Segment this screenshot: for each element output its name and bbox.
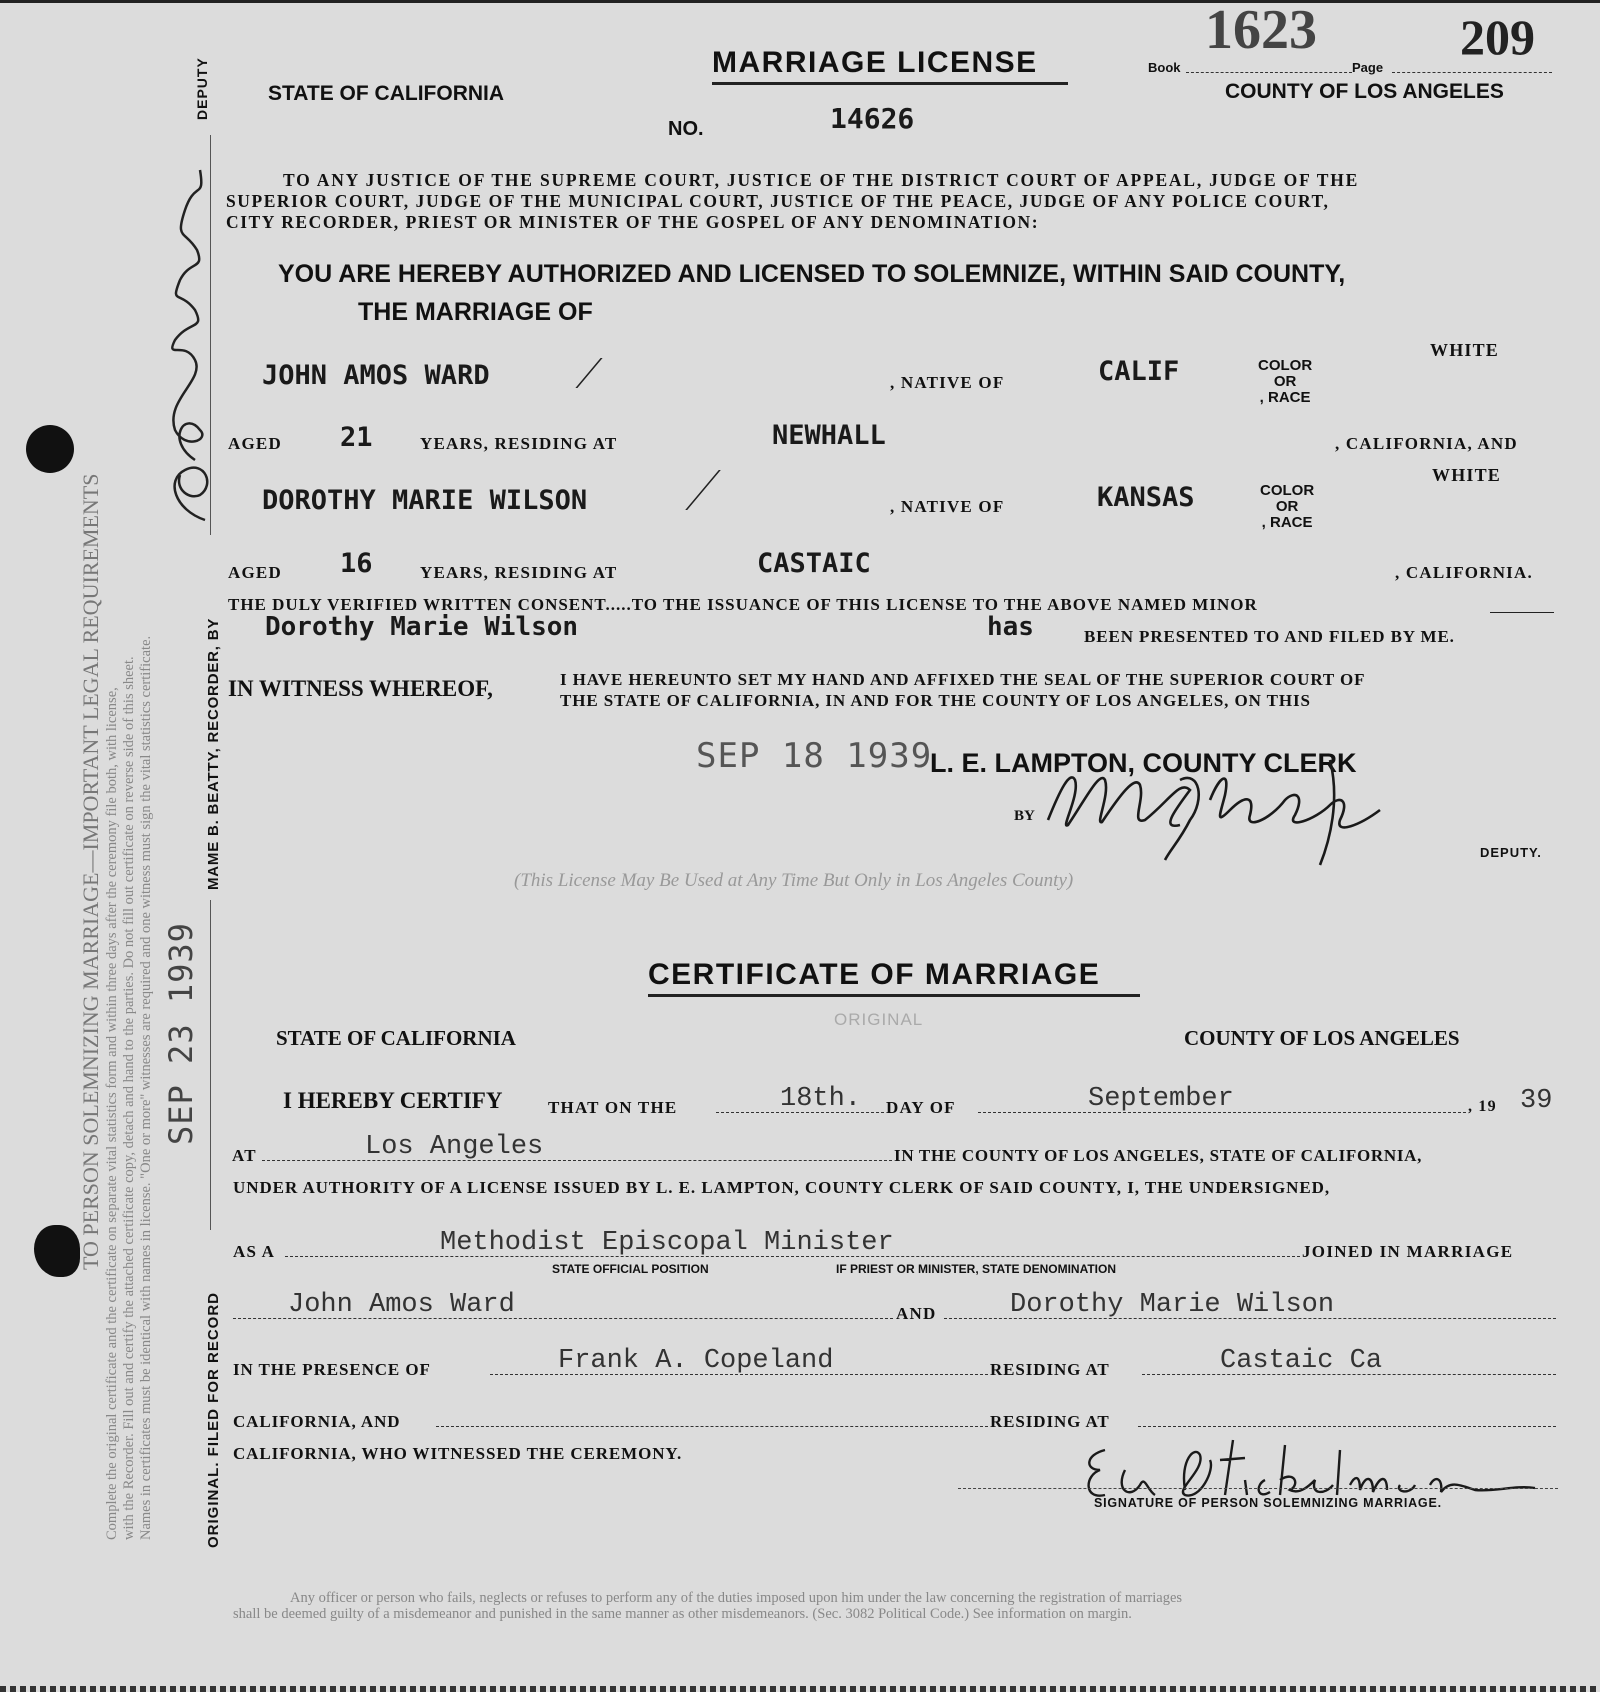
race-label: , RACE [1258,390,1312,406]
position-hint-denomination: IF PRIEST OR MINISTER, STATE DENOMINATIO… [836,1262,1116,1276]
residing-label: RESIDING AT [990,1360,1110,1380]
filed-for-record-label: ORIGINAL. FILED FOR RECORD [205,1292,222,1548]
marriage-year[interactable]: 39 [1520,1086,1552,1116]
deputy-label: DEPUTY. [1480,845,1542,860]
at-label: AT [232,1146,257,1166]
witness1-residence[interactable]: Castaic Ca [1220,1346,1382,1376]
original-label: ORIGINAL [834,1010,923,1030]
county-line: IN THE COUNTY OF LOS ANGELES, STATE OF C… [894,1146,1422,1166]
groom-aged-label: AGED [228,434,282,454]
bride-residence: CASTAIC [757,548,871,579]
license-no-label: NO. [668,118,704,141]
page-number: 209 [1460,8,1535,66]
filed-line [210,900,211,1230]
place-line [262,1160,892,1161]
witness2-residence-line [1138,1426,1556,1427]
page-line [1392,72,1552,73]
margin-instruction-line-3: Names in certificates must be identical … [138,636,155,1540]
certificate-county: COUNTY OF LOS ANGELES [1184,1026,1460,1051]
witness1-name[interactable]: Frank A. Copeland [558,1346,833,1376]
header-state: STATE OF CALIFORNIA [268,82,504,106]
consent-verb: has [987,612,1034,642]
consent-filed-line: BEEN PRESENTED TO AND FILED BY ME. [1084,627,1455,647]
certificate-bride[interactable]: Dorothy Marie Wilson [1010,1290,1334,1320]
position-hint-official: STATE OFFICIAL POSITION [552,1262,709,1276]
marriage-place[interactable]: Los Angeles [365,1132,543,1162]
recorder-label: MAME B. BEATTY, RECORDER, BY [205,618,222,890]
address-line-1: TO ANY JUSTICE OF THE SUPREME COURT, JUS… [283,170,1359,191]
witnessed-line: CALIFORNIA, WHO WITNESSED THE CEREMONY. [233,1444,682,1464]
bride-state-suffix: , CALIFORNIA. [1395,563,1533,583]
bride-native-label: , NATIVE OF [890,497,1004,517]
book-line [1186,72,1352,73]
bride-aged-label: AGED [228,563,282,583]
book-label: Book [1148,60,1181,75]
license-usage-note: (This License May Be Used at Any Time Bu… [514,870,1073,892]
margin-instruction-line-1: Complete the original certificate and th… [104,687,121,1540]
or-label: OR [1260,499,1314,515]
bride-age: 16 [340,548,373,579]
groom-name: JOHN AMOS WARD [262,360,490,391]
marriage-month[interactable]: September [1088,1084,1234,1114]
authorization-line-2: THE MARRIAGE OF [358,298,593,327]
as-a-label: AS A [233,1242,275,1262]
joined-label: JOINED IN MARRIAGE [1302,1242,1513,1262]
bride-native-of: KANSAS [1097,482,1195,513]
color-label: COLOR [1258,358,1312,374]
groom-state-suffix: , CALIFORNIA, AND [1335,434,1518,454]
deputy-signature [145,140,225,540]
certificate-title-underline [648,994,1140,997]
book-number: 1623 [1205,0,1317,62]
footer-penalty-line-1: Any officer or person who fails, neglect… [290,1590,1182,1607]
bride-color-label: COLOR OR , RACE [1260,483,1314,531]
authorization-line-1: YOU ARE HEREBY AUTHORIZED AND LICENSED T… [278,260,1345,289]
bottom-border [0,1686,1600,1692]
certificate-title: CERTIFICATE OF MARRIAGE [648,958,1100,992]
officiant-signature-line [958,1488,1558,1489]
margin-heading: TO PERSON SOLEMNIZING MARRIAGE—IMPORTANT… [78,474,104,1270]
header-county: COUNTY OF LOS ANGELES [1225,80,1504,104]
certificate-groom[interactable]: John Amos Ward [288,1290,515,1320]
certificate-state: STATE OF CALIFORNIA [276,1026,516,1051]
groom-age: 21 [340,422,373,453]
bride-residing-label: YEARS, RESIDING AT [420,563,617,583]
margin-deputy-label: DEPUTY [194,57,210,120]
groom-check-mark [539,358,602,388]
bride-race: WHITE [1432,465,1501,486]
residing-label-2: RESIDING AT [990,1412,1110,1432]
top-border [0,0,1600,3]
marriage-license-document: TO PERSON SOLEMNIZING MARRIAGE—IMPORTANT… [0,0,1600,1692]
or-label: OR [1258,374,1312,390]
margin-instruction-line-2: with the Recorder. Fill out and certify … [121,656,138,1540]
bride-check-mark [649,470,721,510]
groom-residence: NEWHALL [772,420,886,451]
authority-line: UNDER AUTHORITY OF A LICENSE ISSUED BY L… [233,1178,1330,1198]
color-label: COLOR [1260,483,1314,499]
filed-date-stamp: SEP 23 1939 [162,922,200,1145]
address-line-2: SUPERIOR COURT, JUDGE OF THE MUNICIPAL C… [226,191,1329,212]
that-on-label: THAT ON THE [548,1098,677,1118]
and-label: AND [896,1304,936,1324]
race-label: , RACE [1260,515,1314,531]
punch-hole-top [26,425,74,473]
witness2-line [436,1426,988,1427]
bride-name: DOROTHY MARIE WILSON [262,485,587,516]
year-prefix: , 19 [1468,1098,1497,1116]
witness-whereof-label: IN WITNESS WHEREOF, [228,676,493,702]
license-title: MARRIAGE LICENSE [712,46,1038,80]
address-line-3: CITY RECORDER, PRIEST OR MINISTER OF THE… [226,212,1039,233]
punch-hole-bottom [34,1225,80,1277]
license-title-underline [712,82,1068,85]
license-date-stamp: SEP 18 1939 [696,736,932,776]
consent-underline [1490,612,1554,613]
groom-residing-label: YEARS, RESIDING AT [420,434,617,454]
groom-native-label: , NATIVE OF [890,373,1004,393]
california-and-label: CALIFORNIA, AND [233,1412,400,1432]
groom-race: WHITE [1430,340,1499,361]
clerk-deputy-signature [1040,740,1440,870]
witness-line-2: THE STATE OF CALIFORNIA, IN AND FOR THE … [560,691,1311,711]
groom-color-label: COLOR OR , RACE [1258,358,1312,406]
by-label: BY [1014,808,1035,825]
officiant-signature-label: SIGNATURE OF PERSON SOLEMNIZING MARRIAGE… [1094,1496,1442,1510]
certify-label: I HEREBY CERTIFY [283,1088,502,1114]
license-number: 14626 [830,102,914,135]
day-of-label: DAY OF [886,1098,956,1118]
footer-penalty-line-2: shall be deemed guilty of a misdemeanor … [233,1606,1132,1623]
groom-native-of: CALIF [1098,356,1179,387]
marriage-day[interactable]: 18th. [780,1084,861,1114]
witness-line-1: I HAVE HEREUNTO SET MY HAND AND AFFIXED … [560,670,1365,690]
officiant-position[interactable]: Methodist Episcopal Minister [440,1228,894,1258]
page-label: Page [1352,60,1383,75]
consent-minor-name: Dorothy Marie Wilson [265,612,578,642]
presence-label: IN THE PRESENCE OF [233,1360,431,1380]
